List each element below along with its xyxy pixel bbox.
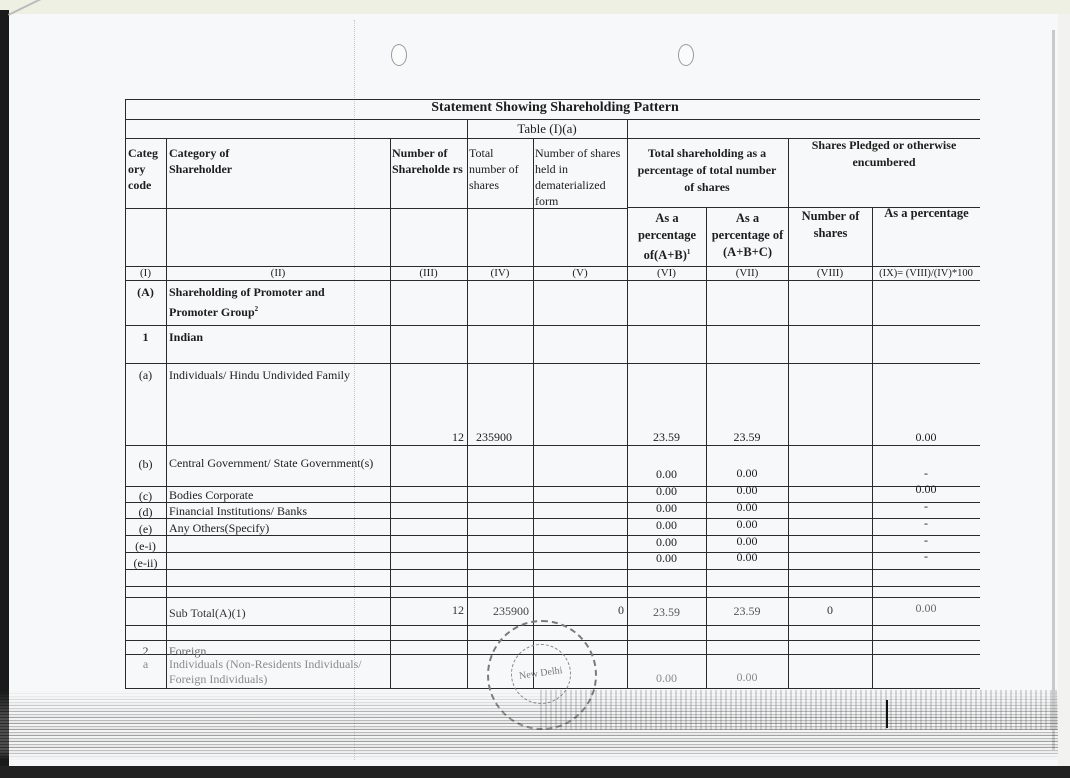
scan-right-edge [1052, 30, 1055, 750]
row-foreign-ind-pct-ab: 0.00 [627, 671, 706, 686]
header-pledged-pct: As a percentage [873, 206, 980, 221]
row-bodies-pct-ab: 0.00 [627, 484, 706, 499]
scan-left-edge [0, 10, 9, 770]
table-grid-line [125, 119, 980, 120]
subtotal-total: 235900 [493, 604, 529, 619]
document-title: Statement Showing Shareholding Pattern [390, 100, 720, 115]
table-grid-line [627, 119, 628, 689]
scan-noise-streaks [540, 690, 1058, 730]
row-bodies-pledged-pct: 0.00 [872, 482, 980, 497]
row-ei-pct-ab: 0.00 [627, 535, 706, 550]
table-grid-line [125, 363, 980, 364]
header-pledged-group: Shares Pledged or otherwise encumbered [792, 137, 976, 171]
table-grid-line [125, 445, 980, 446]
row-bodies-category: Bodies Corporate [169, 488, 253, 503]
subtotal-pct-abc: 23.59 [706, 604, 788, 619]
row-eii-pct-abc: 0.00 [706, 550, 788, 565]
header-category: Category of Shareholder [169, 145, 259, 177]
row-govt-pct-ab: 0.00 [627, 467, 706, 482]
row-individuals-pledged-pct: 0.00 [872, 430, 980, 445]
header-demat-shares: Number of shares held in dematerialized … [535, 145, 625, 209]
roman-7: (VII) [706, 266, 788, 281]
punch-hole [391, 44, 407, 66]
row-eii-pledged-pct: - [872, 549, 980, 564]
header-total-shares: Total number of shares [469, 145, 531, 193]
row-others-pledged-pct: - [872, 516, 980, 531]
row-individuals-pct-abc: 23.59 [706, 430, 788, 445]
punch-hole [678, 44, 694, 66]
row-others-pct-abc: 0.00 [706, 517, 788, 532]
header-pledged-num: Number of shares [789, 208, 872, 242]
row-foreign-ind-category-line2: Foreign Individuals) [169, 672, 267, 687]
subtotal-pledged-pct: 0.00 [872, 601, 980, 616]
row-bodies-code: (c) [125, 489, 166, 504]
subtotal-holders: 12 [390, 603, 464, 618]
header-total-pct-group: Total shareholding as a percentage of to… [632, 145, 782, 196]
roman-2: (II) [166, 266, 390, 281]
table-grid-line [125, 569, 980, 570]
row-foreign-ind-category: Individuals (Non-Residents Individuals/ [169, 657, 362, 672]
row-individuals-total: 235900 [476, 430, 512, 445]
roman-8: (VIII) [788, 266, 872, 281]
fold-line [354, 20, 355, 760]
subtotal-demat: 0 [533, 603, 624, 618]
header-pct-ab: As a percentage of(A+B)1 [628, 210, 706, 264]
table-grid-line [125, 99, 126, 689]
row-others-category: Any Others(Specify) [169, 521, 269, 536]
table-grid-line [125, 486, 980, 487]
roman-9: (IX)= (VIII)/(IV)*100 [872, 266, 980, 281]
row-govt-code: (b) [125, 457, 166, 472]
table-grid-line [125, 597, 980, 598]
row-1-code: 1 [125, 330, 166, 345]
row-individuals-holders: 12 [390, 430, 464, 445]
row-1-category: Indian [169, 330, 203, 345]
row-foreign-ind-pct-abc: 0.00 [706, 670, 788, 685]
row-foreign-ind-code: a [125, 657, 166, 672]
row-fi-pct-abc: 0.00 [706, 500, 788, 515]
table-grid-line [467, 119, 468, 689]
row-fi-code: (d) [125, 505, 166, 520]
roman-3: (III) [390, 266, 467, 281]
row-individuals-category: Individuals/ Hindu Undivided Family [169, 368, 350, 383]
scan-mark [886, 700, 888, 728]
header-category-code: Categ ory code [128, 145, 164, 193]
row-govt-pct-abc: 0.00 [706, 466, 788, 481]
roman-1: (I) [125, 266, 166, 281]
row-eii-code: (e-ii) [125, 556, 166, 571]
table-subtitle: Table (I)(a) [467, 121, 627, 136]
row-individuals-code: (a) [125, 368, 166, 383]
row-a-code: (A) [125, 285, 166, 300]
table-grid-line [166, 138, 167, 689]
row-govt-category: Central Government/ State Government(s) [169, 456, 373, 471]
row-fi-category: Financial Institutions/ Banks [169, 504, 307, 519]
table-grid-line [125, 325, 980, 326]
row-ei-pledged-pct: - [872, 533, 980, 548]
row-govt-pledged-pct: - [872, 466, 980, 481]
roman-5: (V) [533, 266, 627, 281]
row-eii-pct-ab: 0.00 [627, 551, 706, 566]
row-fi-pledged-pct: - [872, 499, 980, 514]
subtotal-pledged: 0 [788, 603, 872, 618]
scan-bottom-edge [0, 766, 1070, 778]
roman-6: (VI) [627, 266, 706, 281]
header-num-shareholders: Number of Shareholde rs [392, 145, 466, 177]
roman-4: (IV) [467, 266, 533, 281]
table-grid-line [125, 586, 980, 587]
row-ei-pct-abc: 0.00 [706, 534, 788, 549]
row-fi-pct-ab: 0.00 [627, 501, 706, 516]
row-bodies-pct-abc: 0.00 [706, 483, 788, 498]
row-others-pct-ab: 0.00 [627, 518, 706, 533]
scan-top-edge [0, 0, 1070, 14]
row-a-category: Shareholding of Promoter and [169, 285, 325, 300]
subtotal-label: Sub Total(A)(1) [169, 606, 246, 621]
row-a-category-line2: Promoter Group2 [169, 302, 258, 320]
subtotal-pct-ab: 23.59 [627, 605, 706, 620]
row-individuals-pct-ab: 23.59 [627, 430, 706, 445]
header-pct-abc: As a percentage of (A+B+C) [707, 210, 788, 261]
row-ei-code: (e-i) [125, 539, 166, 554]
row-others-code: (e) [125, 522, 166, 537]
table-grid-line [125, 552, 980, 553]
